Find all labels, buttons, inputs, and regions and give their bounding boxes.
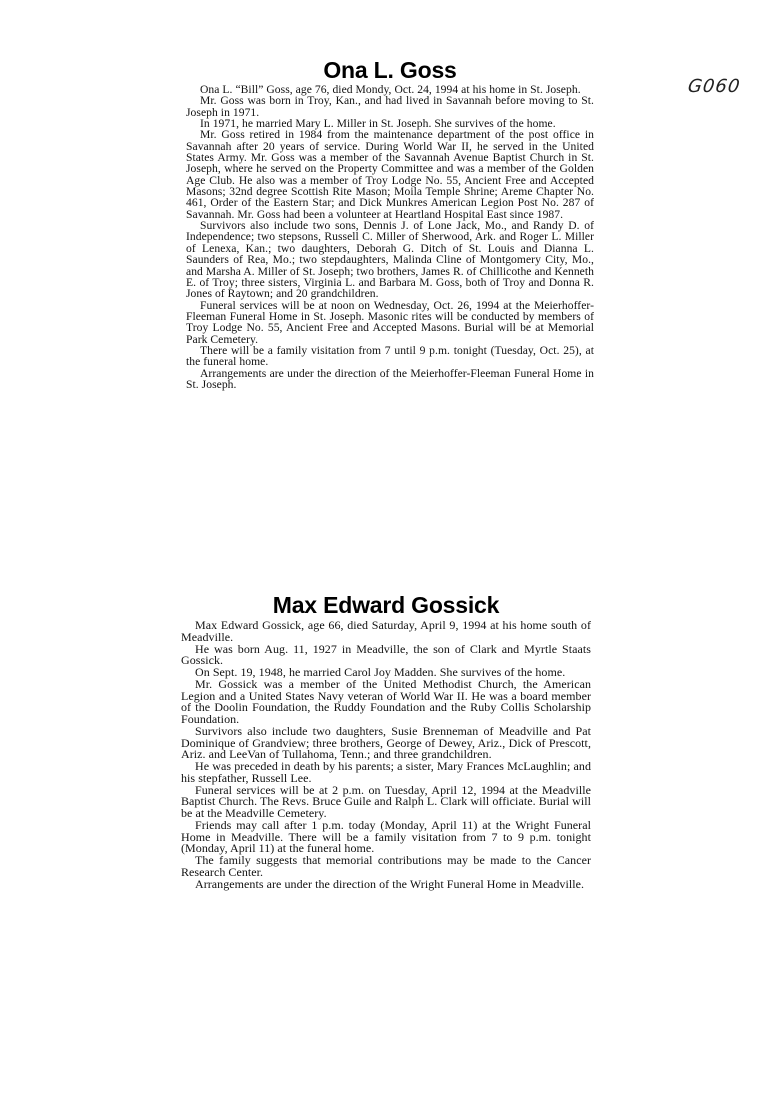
handwritten-annotation: G060	[687, 76, 742, 97]
obituary-title: Ona L. Goss	[186, 56, 594, 84]
obituary-max-gossick: Max Edward Gossick Max Edward Gossick, a…	[181, 590, 591, 890]
obituary-paragraph: The family suggests that memorial contri…	[181, 855, 591, 879]
obituary-ona-goss: Ona L. Goss Ona L. “Bill” Goss, age 76, …	[186, 56, 594, 390]
obituary-title: Max Edward Gossick	[181, 590, 591, 620]
obituary-paragraph: Survivors also include two daughters, Su…	[181, 726, 591, 761]
obituary-paragraph: Funeral services will be at noon on Wedn…	[186, 300, 594, 345]
obituary-paragraph: Friends may call after 1 p.m. today (Mon…	[181, 820, 591, 855]
obituary-paragraph: Max Edward Gossick, age 66, died Saturda…	[181, 620, 591, 644]
obituary-paragraph: Funeral services will be at 2 p.m. on Tu…	[181, 785, 591, 820]
obituary-paragraph: Mr. Goss was born in Troy, Kan., and had…	[186, 95, 594, 118]
obituary-paragraph: There will be a family visitation from 7…	[186, 345, 594, 368]
obituary-paragraph: Mr. Goss retired in 1984 from the mainte…	[186, 129, 594, 220]
obituary-paragraph: Mr. Gossick was a member of the United M…	[181, 679, 591, 726]
obituary-paragraph: He was preceded in death by his parents;…	[181, 761, 591, 785]
obituary-paragraph: Arrangements are under the direction of …	[181, 879, 591, 891]
obituary-paragraph: Survivors also include two sons, Dennis …	[186, 220, 594, 299]
obituary-paragraph: Arrangements are under the direction of …	[186, 368, 594, 391]
obituary-paragraph: He was born Aug. 11, 1927 in Meadville, …	[181, 644, 591, 668]
